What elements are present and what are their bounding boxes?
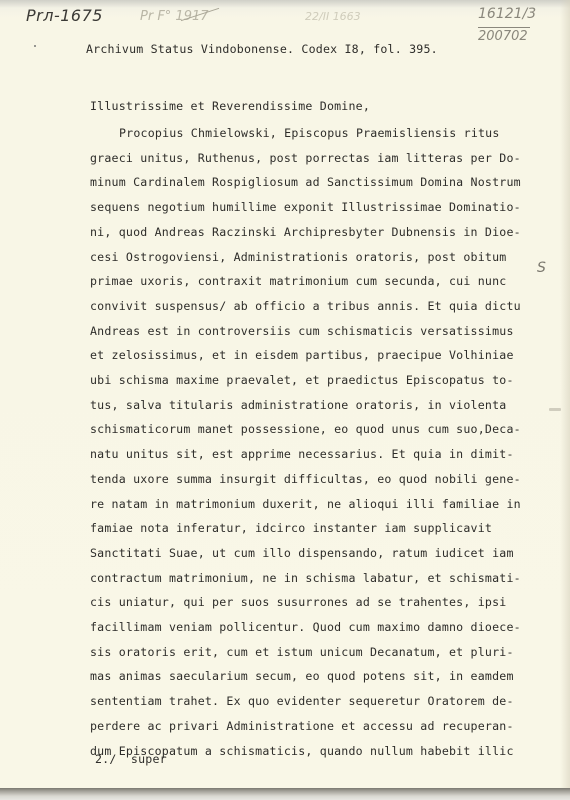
body-line: facillimam veniam pollicentur. Quod cum … bbox=[90, 620, 521, 634]
body-line: mas animas saecularium secum, eo quod po… bbox=[90, 669, 514, 683]
body-line: minum Cardinalem Rospigliosum ad Sanctis… bbox=[90, 175, 521, 189]
body-line: perdere ac privari Administratione et ac… bbox=[90, 719, 514, 733]
page-right-edge bbox=[560, 0, 570, 790]
page-bottom-edge bbox=[0, 788, 570, 800]
document-page: Prл-1675 Pr F° 1917 22/II 1663 16121/3 2… bbox=[0, 0, 570, 790]
catalog-divider-line bbox=[478, 27, 530, 28]
body-line: graeci unitus, Ruthenus, post porrectas … bbox=[90, 151, 521, 165]
body-line: convivit suspensus/ ab officio a tribus … bbox=[90, 299, 521, 313]
body-line: cesi Ostrogoviensi, Administrationis ora… bbox=[90, 250, 506, 264]
archive-header: Archivum Status Vindobonense. Codex I8, … bbox=[86, 42, 438, 56]
body-line: re natam in matrimonium duxerit, ne alio… bbox=[90, 497, 521, 511]
continuation-catchword: 2./ super bbox=[95, 752, 167, 766]
body-line: schismaticorum manet possessione, eo quo… bbox=[90, 422, 521, 436]
body-line: et zelosissimus, et in eisdem partibus, … bbox=[90, 348, 514, 362]
body-line: tus, salva titularis administratione ora… bbox=[90, 398, 506, 412]
ink-speck bbox=[34, 45, 36, 47]
body-line: ubi schisma maxime praevalet, et praedic… bbox=[90, 373, 514, 387]
body-line: sententiam trahet. Ex quo evidenter sequ… bbox=[90, 694, 514, 708]
margin-annotation: S bbox=[537, 260, 546, 276]
body-line: Sanctitati Suae, ut cum illo dispensando… bbox=[90, 546, 514, 560]
body-line: primae uxoris, contraxit matrimonium cum… bbox=[90, 274, 506, 288]
body-line: cis uniatur, qui per suos susurrones ad … bbox=[90, 595, 506, 609]
handwritten-faded-date: 22/II 1663 bbox=[305, 10, 361, 23]
catalog-number-top: 16121/3 bbox=[478, 6, 536, 22]
body-line: ni, quod Andreas Raczinski Archipresbyte… bbox=[90, 225, 521, 239]
body-line: Procopius Chmielowski, Episcopus Praemis… bbox=[119, 126, 500, 140]
salutation: Illustrissime et Reverendissime Domine, bbox=[90, 99, 370, 113]
handwritten-reference-main: Prл-1675 bbox=[26, 6, 103, 25]
body-line: contractum matrimonium, ne in schisma la… bbox=[90, 571, 521, 585]
paper-mark bbox=[549, 408, 561, 411]
catalog-number-bottom: 200702 bbox=[478, 29, 528, 44]
body-line: famiae nota inferatur, idcirco instanter… bbox=[90, 521, 492, 535]
body-line: natu unitus sit, est apprime necessarius… bbox=[90, 447, 514, 461]
body-line: Andreas est in controversiis cum schisma… bbox=[90, 324, 514, 338]
body-line: tenda uxore summa insurgit difficultas, … bbox=[90, 472, 521, 486]
body-line: sequens negotium humillime exponit Illus… bbox=[90, 200, 521, 214]
handwritten-reference-faded: Pr F° 1917 bbox=[140, 9, 209, 24]
body-line: sis oratoris erit, cum et istum unicum D… bbox=[90, 645, 514, 659]
